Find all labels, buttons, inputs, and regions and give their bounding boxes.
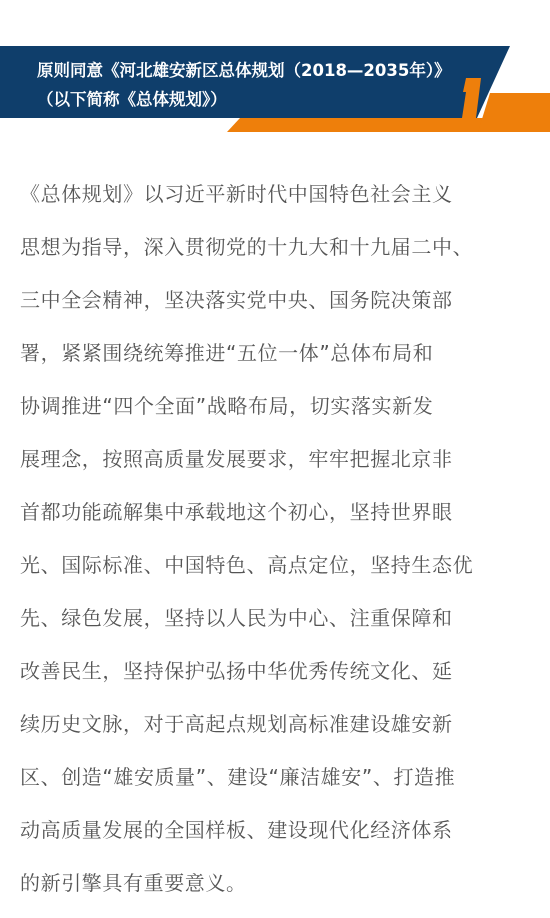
paragraph-line: 展理念，按照高质量发展要求，牢牢把握北京非 xyxy=(20,433,520,486)
paragraph-line: 署，紧紧围绕统筹推进“五位一体”总体布局和 xyxy=(20,327,520,380)
section-title-line-2: （以下简称《总体规划》） xyxy=(37,85,487,114)
paragraph-line: 首都功能疏解集中承载地这个初心，坚持世界眼 xyxy=(20,486,520,539)
paragraph-line: 动高质量发展的全国样板、建设现代化经济体系 xyxy=(20,804,520,857)
paragraph-line: 区、创造“雄安质量”、建设“廉洁雄安”、打造推 xyxy=(20,751,520,804)
section-header-banner: 原则同意《河北雄安新区总体规划（2018—2035年）》 （以下简称《总体规划》… xyxy=(0,0,550,140)
section-title-line-1: 原则同意《河北雄安新区总体规划（2018—2035年）》 xyxy=(37,56,487,85)
paragraph-line: 改善民生，坚持保护弘扬中华优秀传统文化、延 xyxy=(20,645,520,698)
paragraph-line: 的新引擎具有重要意义。 xyxy=(20,857,520,910)
paragraph-line: 先、绿色发展，坚持以人民为中心、注重保障和 xyxy=(20,592,520,645)
section-title: 原则同意《河北雄安新区总体规划（2018—2035年）》 （以下简称《总体规划》… xyxy=(37,56,487,114)
paragraph-line: 协调推进“四个全面”战略布局，切实落实新发 xyxy=(20,380,520,433)
paragraph-line: 《总体规划》以习近平新时代中国特色社会主义 xyxy=(20,168,520,221)
paragraph-line: 光、国际标准、中国特色、高点定位，坚持生态优 xyxy=(20,539,520,592)
paragraph-line: 续历史文脉，对于高起点规划高标准建设雄安新 xyxy=(20,698,520,751)
body-paragraph: 《总体规划》以习近平新时代中国特色社会主义 思想为指导，深入贯彻党的十九大和十九… xyxy=(20,168,520,910)
paragraph-line: 三中全会精神，坚决落实党中央、国务院决策部 xyxy=(20,274,520,327)
paragraph-line: 思想为指导，深入贯彻党的十九大和十九届二中、 xyxy=(20,221,520,274)
